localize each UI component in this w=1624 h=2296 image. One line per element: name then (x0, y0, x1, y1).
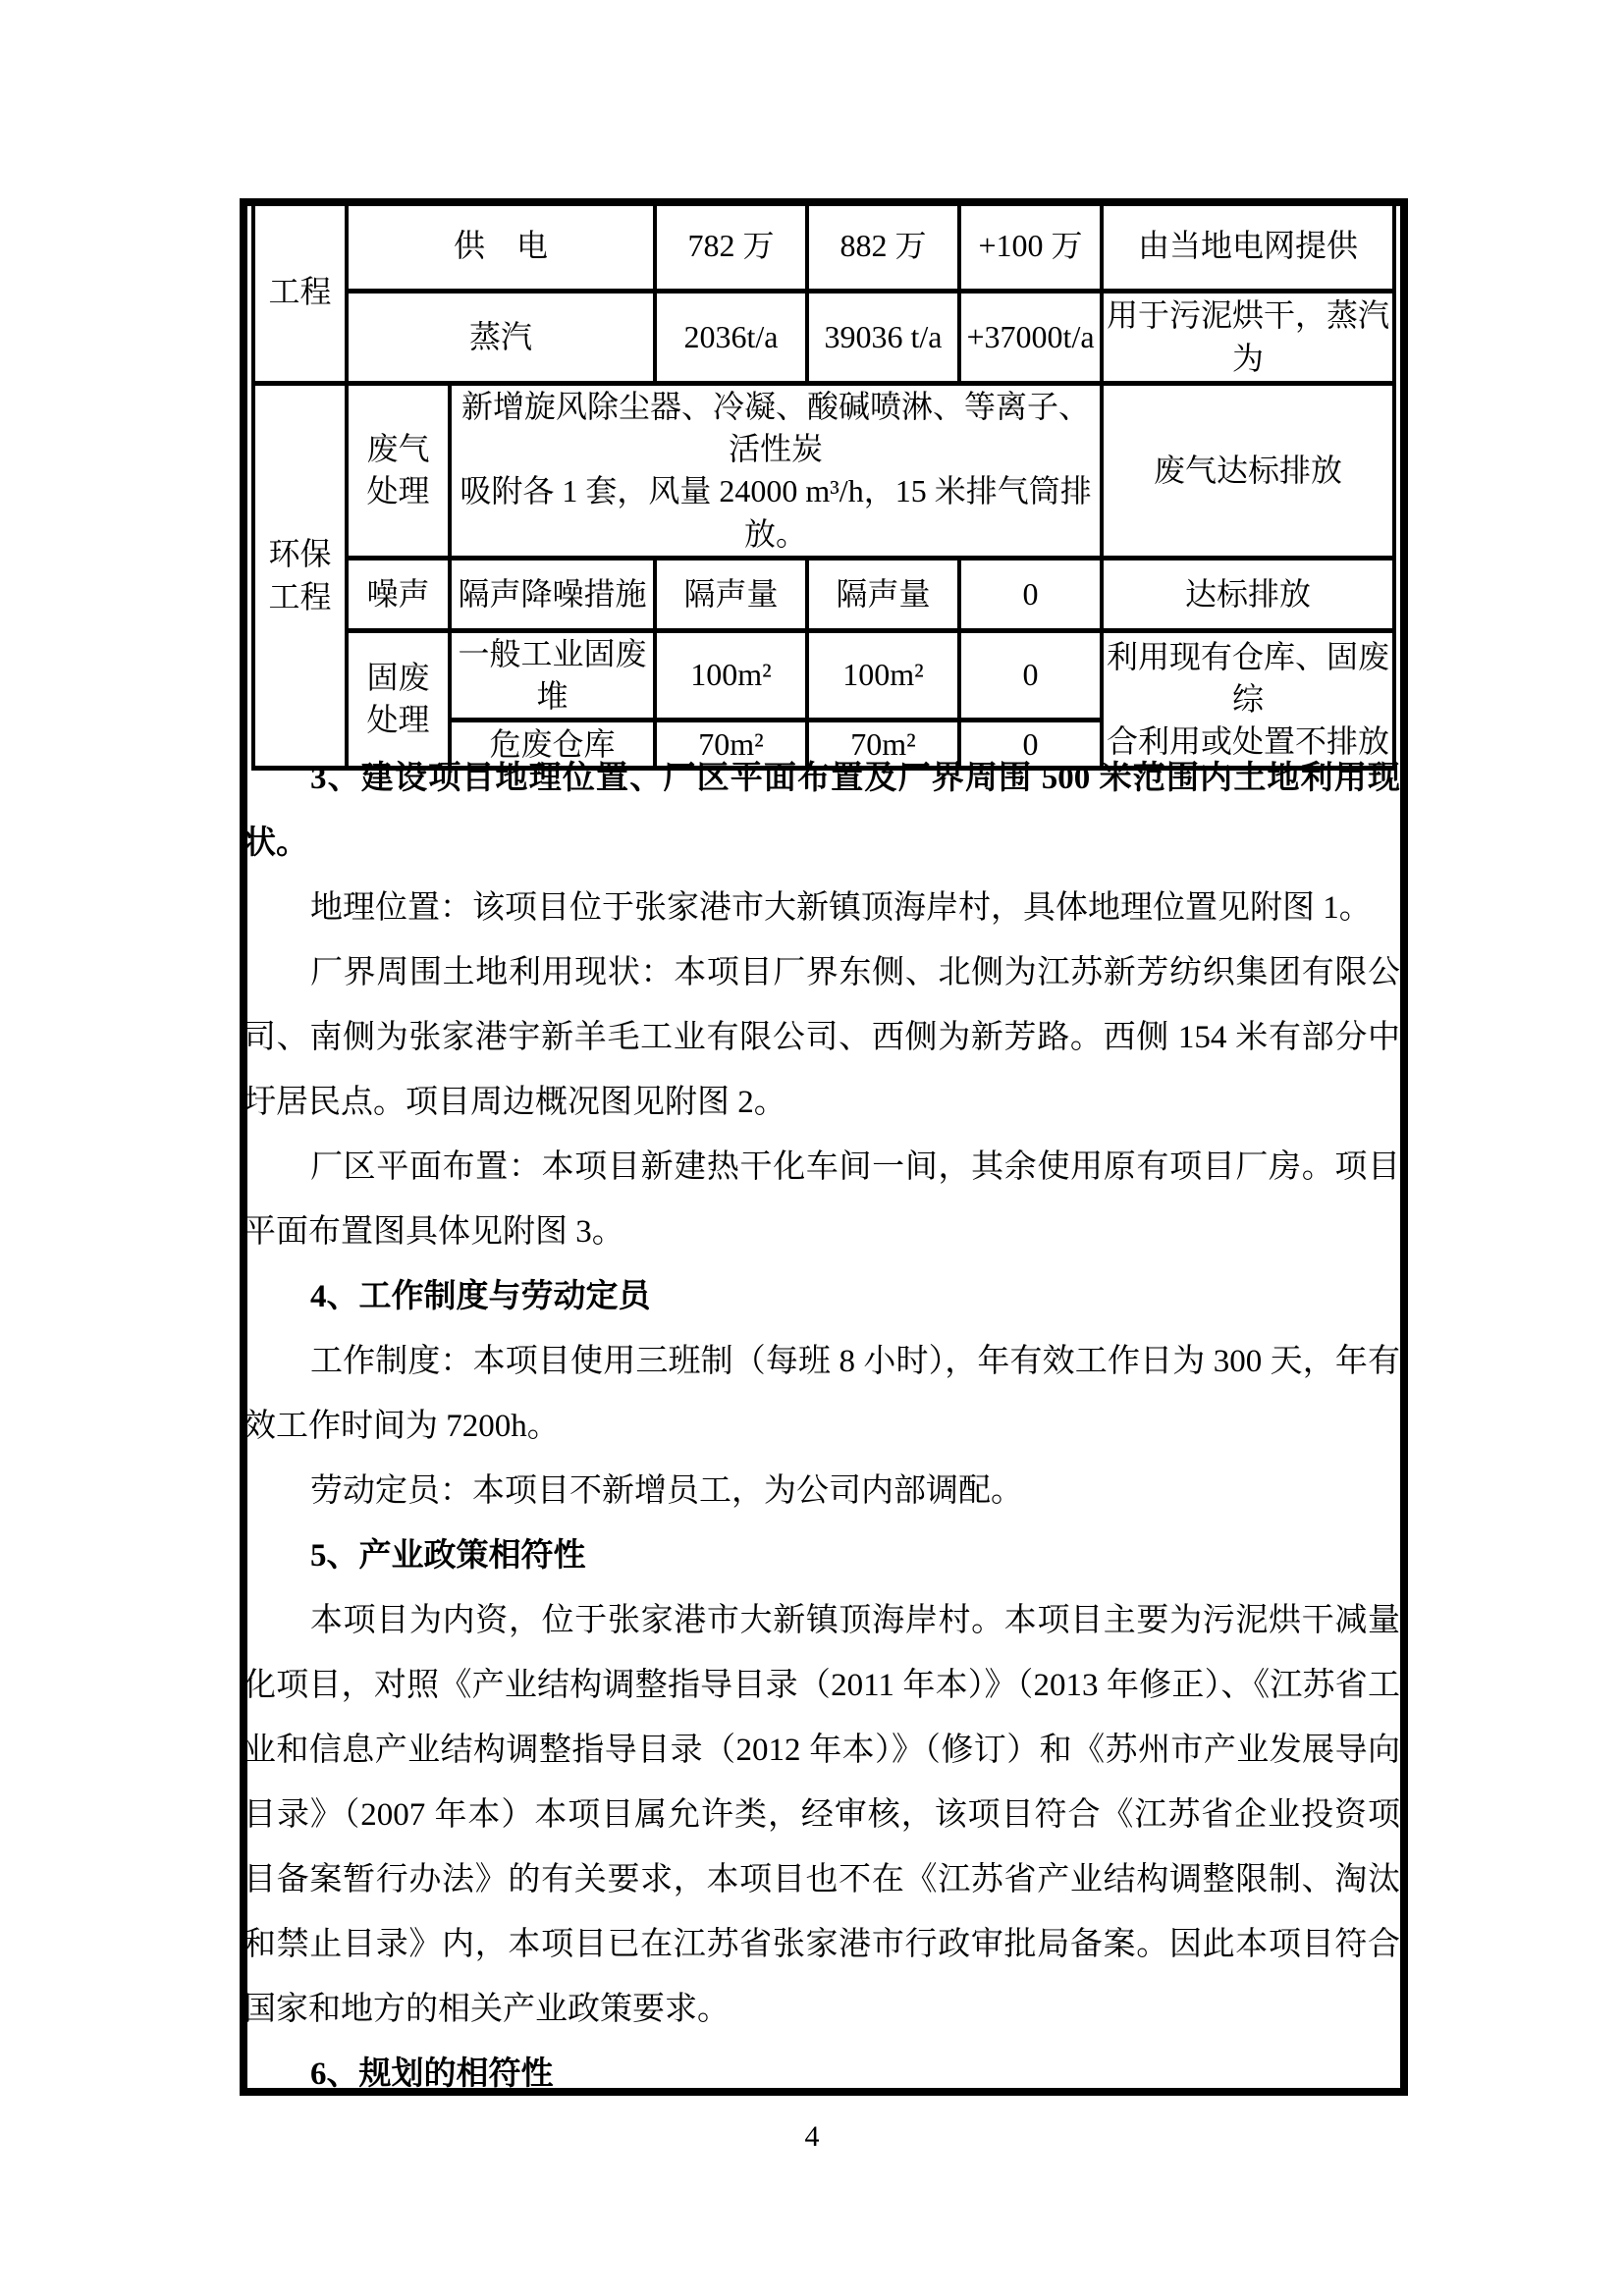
cell-solid-general-change: 0 (959, 630, 1102, 720)
cell-steam-remark: 用于污泥烘干，蒸汽为 (1102, 292, 1394, 384)
cell-noise-label: 噪声 (347, 558, 450, 630)
cell-steam-label: 蒸汽 (347, 292, 655, 384)
cell-power-label: 供 电 (347, 201, 655, 292)
cell-power-before: 782 万 (655, 201, 807, 292)
cell-power-change: +100 万 (959, 201, 1102, 292)
table-row: 蒸汽 2036t/a 39036 t/a +37000t/a 用于污泥烘干，蒸汽… (253, 292, 1394, 384)
paragraph-industrial-policy: 本项目为内资，位于张家港市大新镇顶海岸村。本项目主要为污泥烘干减量化项目，对照《… (244, 1588, 1400, 2042)
paragraph-land-use: 厂界周围土地利用现状：本项目厂界东侧、北侧为江苏新芳纺织集团有限公司、南侧为张家… (244, 940, 1400, 1135)
cell-solid-general-measure: 一般工业固废堆 (450, 630, 655, 720)
cell-waste-gas-remark: 废气达标排放 (1102, 384, 1394, 559)
cell-noise-remark: 达标排放 (1102, 558, 1394, 630)
cell-power-remark: 由当地电网提供 (1102, 201, 1394, 292)
cell-solid-general-before: 100m² (655, 630, 807, 720)
project-summary-table: 工程 供 电 782 万 882 万 +100 万 由当地电网提供 蒸汽 203… (251, 198, 1396, 771)
cell-group-environment: 环保 工程 (253, 384, 347, 769)
cell-noise-before: 隔声量 (655, 558, 807, 630)
section-heading-industrial-policy: 5、产业政策相符性 (244, 1523, 1400, 1588)
cell-group-project: 工程 (253, 201, 347, 384)
table-row: 固废 处理 一般工业固废堆 100m² 100m² 0 利用现有仓库、固废综 合… (253, 630, 1394, 720)
cell-waste-gas-description: 新增旋风除尘器、冷凝、酸碱喷淋、等离子、活性炭 吸附各 1 套，风量 24000… (450, 384, 1102, 559)
table-row: 噪声 隔声降噪措施 隔声量 隔声量 0 达标排放 (253, 558, 1394, 630)
cell-noise-after: 隔声量 (807, 558, 959, 630)
document-body: 3、建设项目地理位置、厂区平面布置及厂界周围 500 米范围内土地利用现状。 地… (244, 746, 1400, 2107)
cell-steam-after: 39036 t/a (807, 292, 959, 384)
cell-steam-change: +37000t/a (959, 292, 1102, 384)
cell-waste-gas-label: 废气 处理 (347, 384, 450, 559)
paragraph-work-system: 工作制度：本项目使用三班制（每班 8 小时），年有效工作日为 300 天，年有效… (244, 1329, 1400, 1459)
table-row: 环保 工程 废气 处理 新增旋风除尘器、冷凝、酸碱喷淋、等离子、活性炭 吸附各 … (253, 384, 1394, 559)
section-heading-planning: 6、规划的相符性 (244, 2042, 1400, 2107)
table-row: 工程 供 电 782 万 882 万 +100 万 由当地电网提供 (253, 201, 1394, 292)
cell-noise-measure: 隔声降噪措施 (450, 558, 655, 630)
section-heading-location: 3、建设项目地理位置、厂区平面布置及厂界周围 500 米范围内土地利用现状。 (244, 746, 1400, 876)
paragraph-plant-layout: 厂区平面布置：本项目新建热干化车间一间，其余使用原有项目厂房。项目平面布置图具体… (244, 1135, 1400, 1264)
cell-steam-before: 2036t/a (655, 292, 807, 384)
section-heading-work-system: 4、工作制度与劳动定员 (244, 1264, 1400, 1329)
cell-power-after: 882 万 (807, 201, 959, 292)
paragraph-labor-quota: 劳动定员：本项目不新增员工，为公司内部调配。 (244, 1459, 1400, 1523)
page-number: 4 (0, 2120, 1624, 2154)
cell-solid-general-after: 100m² (807, 630, 959, 720)
cell-noise-change: 0 (959, 558, 1102, 630)
paragraph-geographic-location: 地理位置：该项目位于张家港市大新镇顶海岸村，具体地理位置见附图 1。 (244, 876, 1400, 940)
